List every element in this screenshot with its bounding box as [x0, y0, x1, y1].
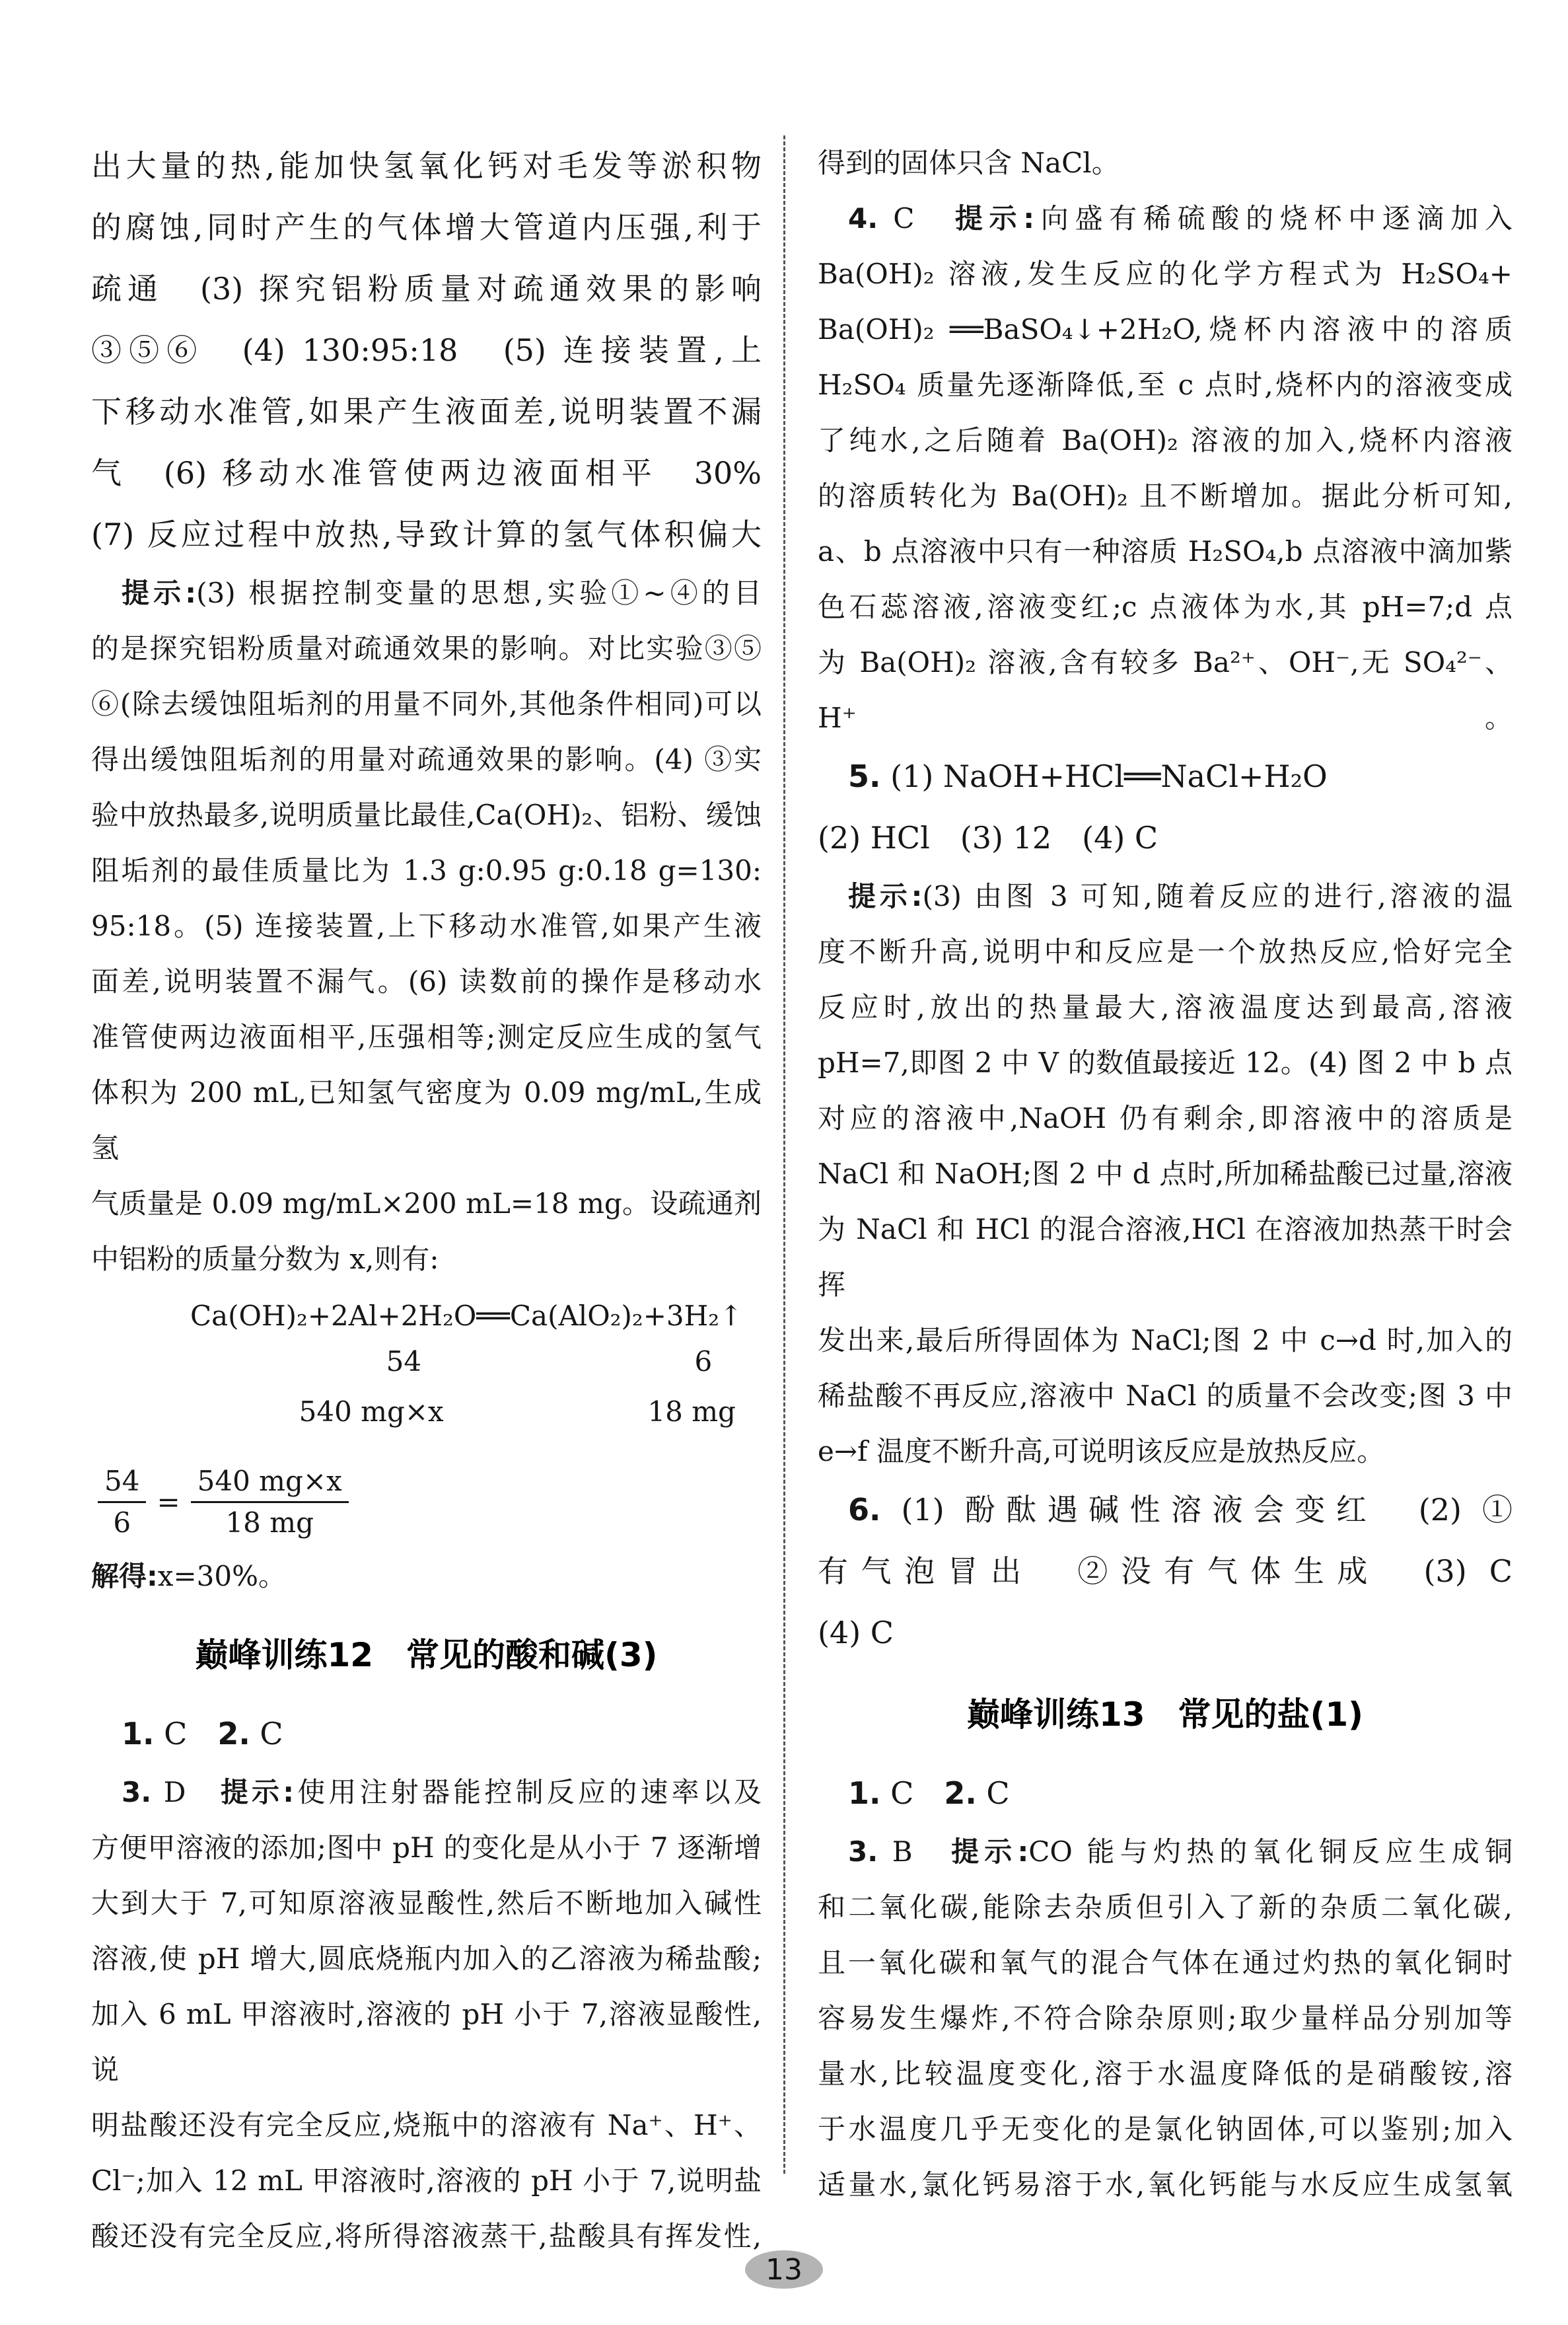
line-text: 的是探究铝粉质量对疏通效果的影响。对比实验③⑤ [91, 632, 762, 665]
line-text: 适量水,氯化钙易溶于水,氧化钙能与水反应生成氢氧 [818, 2168, 1513, 2201]
answer-number: 1. [122, 1716, 154, 1752]
hint-line: 提示:(3) 由图 3 可知,随着反应的进行,溶液的温 [818, 869, 1513, 924]
fraction-equation: 546 = 540 mg×x18 mg [98, 1465, 762, 1539]
line-text: 于水温度几乎无变化的是氯化钠固体,可以鉴别;加入 [818, 2113, 1513, 2145]
hint-line: 气质量是 0.09 mg/mL×200 mL=18 mg。设疏通剂 [91, 1176, 762, 1232]
line-text: 验中放热最多,说明质量比最佳,Ca(OH)₂、铝粉、缓蚀 [91, 799, 762, 831]
hint-line: 的溶质转化为 Ba(OH)₂ 且不断增加。据此分析可知, [818, 468, 1513, 524]
line-text: 溶液,使 pH 增大,圆底烧瓶内加入的乙溶液为稀盐酸; [91, 1942, 762, 1975]
hint-line: 为 NaCl 和 HCl 的混合溶液,HCl 在溶液加热蒸干时会挥 [818, 1202, 1513, 1313]
hint-line: 大到大于 7,可知原溶液显酸性,然后不断地加入碱性 [91, 1876, 762, 1931]
hint-line: 得到的固体只含 NaCl。 [818, 135, 1513, 191]
hint-line: e→f 温度不断升高,可说明该反应是放热反应。 [818, 1424, 1513, 1479]
line-text: 有气泡冒出 ②没有气体生成 (3) C [818, 1553, 1513, 1589]
line-text: 发出来,最后所得固体为 NaCl;图 2 中 c→d 时,加入的 [818, 1324, 1513, 1356]
hint-line: 中铝粉的质量分数为 x,则有: [91, 1232, 762, 1287]
line-text: (7) 反应过程中放热,导致计算的氢气体积偏大 [91, 517, 762, 552]
line-text: 加入 6 mL 甲溶液时,溶液的 pH 小于 7,溶液显酸性,说 [91, 1998, 762, 2086]
line-text: CO 能与灼热的氧化铜反应生成铜 [1028, 1835, 1513, 1868]
answer-line: 有气泡冒出 ②没有气体生成 (3) C [818, 1541, 1513, 1602]
line-text: 得到的固体只含 NaCl。 [818, 147, 1120, 179]
line-text: Ba(OH)₂ ══BaSO₄↓+2H₂O,烧杯内溶液中的溶质 [818, 313, 1513, 346]
equation-text: Ca(OH)₂+2Al+2H₂O══Ca(AlO₂)₂+3H₂↑ [190, 1300, 742, 1332]
hint-line: 了纯水,之后随着 Ba(OH)₂ 溶液的加入,烧杯内溶液 [818, 413, 1513, 468]
hint-line: 稀盐酸不再反应,溶液中 NaCl 的质量不会改变;图 3 中 [818, 1368, 1513, 1424]
hint-line: 酸还没有完全反应,将所得溶液蒸干,盐酸具有挥发性, [91, 2209, 762, 2264]
line-text: (3) 由图 3 可知,随着反应的进行,溶液的温 [922, 880, 1513, 912]
hint-line: ⑥(除去缓蚀阻垢剂的用量不同外,其他条件相同)可以 [91, 677, 762, 732]
fraction-denominator: 6 [113, 1503, 131, 1539]
text-line: 气 (6) 移动水准管使两边液面相平 30% [91, 443, 762, 504]
stoich-value: 18 mg [647, 1395, 736, 1428]
hint-line: 方便甲溶液的添加;图中 pH 的变化是从小于 7 逐渐增 [91, 1820, 762, 1876]
line-text: (2) HCl (3) 12 (4) C [818, 820, 1158, 856]
hint-label: 提示: [848, 880, 922, 912]
hint-line: 加入 6 mL 甲溶液时,溶液的 pH 小于 7,溶液显酸性,说 [91, 1987, 762, 2098]
hint-line: 对应的溶液中,NaOH 仍有剩余,即溶液中的溶质是 [818, 1091, 1513, 1146]
line-text: 向盛有稀硫酸的烧杯中逐滴加入 [1034, 202, 1513, 235]
line-text: H₂SO₄ 质量先逐渐降低,至 c 点时,烧杯内的溶液变成 [818, 369, 1513, 401]
answer-number: 1. [848, 1775, 880, 1811]
chemical-equation: Ca(OH)₂+2Al+2H₂O══Ca(AlO₂)₂+3H₂↑ [91, 1287, 762, 1345]
line-text: 准管使两边液面相平,压强相等;测定反应生成的氢气 [91, 1021, 762, 1053]
answer-line: (2) HCl (3) 12 (4) C [818, 807, 1513, 869]
hint-line: 溶液,使 pH 增大,圆底烧瓶内加入的乙溶液为稀盐酸; [91, 1931, 762, 1987]
answer-line: 6. (1) 酚酞遇碱性溶液会变红 (2) ① [818, 1479, 1513, 1541]
answer-number: 2. [944, 1775, 976, 1811]
hint-line: Ba(OH)₂ ══BaSO₄↓+2H₂O,烧杯内溶液中的溶质 [818, 302, 1513, 357]
hint-line: Cl⁻;加入 12 mL 甲溶液时,溶液的 pH 小于 7,说明盐 [91, 2153, 762, 2209]
hint-line: pH=7,即图 2 中 V 的数值最接近 12。(4) 图 2 中 b 点 [818, 1035, 1513, 1091]
page: { "page": { "number": "13" }, "left": { … [0, 0, 1568, 2325]
line-text: B [878, 1835, 951, 1868]
stoichiometry-row: 546 [91, 1345, 762, 1395]
hint-line: 适量水,氯化钙易溶于水,氧化钙能与水反应生成氢氧 [818, 2157, 1513, 2213]
right-column: 得到的固体只含 NaCl。 4. C 提示:向盛有稀硫酸的烧杯中逐滴加入 Ba(… [818, 135, 1513, 2213]
section-heading-12: 巅峰训练12 常见的酸和碱(3) [91, 1619, 762, 1691]
line-text: 酸还没有完全反应,将所得溶液蒸干,盐酸具有挥发性, [91, 2220, 762, 2252]
fraction: 540 mg×x18 mg [191, 1465, 349, 1539]
column-divider [783, 135, 785, 2174]
hint-line: H₂SO₄ 质量先逐渐降低,至 c 点时,烧杯内的溶液变成 [818, 357, 1513, 413]
line-text: 且一氧化碳和氧气的混合气体在通过灼热的氧化铜时 [818, 1946, 1513, 1979]
line-text: C [977, 1775, 1010, 1811]
line-text: 的溶质转化为 Ba(OH)₂ 且不断增加。据此分析可知, [818, 480, 1513, 512]
hint-line: 3. D 提示:使用注射器能控制反应的速率以及 [91, 1765, 762, 1820]
page-number-badge: 13 [745, 2250, 823, 2289]
line-text: C [250, 1716, 283, 1752]
line-text: 色石蕊溶液,溶液变红;c 点液体为水,其 pH=7;d 点 [818, 591, 1513, 623]
answer-line: 5. (1) NaOH+HCl══NaCl+H₂O [818, 746, 1513, 807]
line-text: C [154, 1716, 217, 1752]
line-text: ③⑤⑥ (4) 130:95:18 (5) 连接装置,上 [91, 332, 762, 368]
line-text: D [151, 1776, 221, 1808]
line-text: 气 (6) 移动水准管使两边液面相平 30% [91, 455, 762, 491]
left-column: 出大量的热,能加快氢氧化钙对毛发等淤积物 的腐蚀,同时产生的气体增大管道内压强,… [91, 135, 762, 2264]
line-text: (1) 酚酞遇碱性溶液会变红 (2) ① [880, 1492, 1513, 1528]
hint-line: NaCl 和 NaOH;图 2 中 d 点时,所加稀盐酸已过量,溶液 [818, 1146, 1513, 1202]
hint-line: 体积为 200 mL,已知氢气密度为 0.09 mg/mL,生成氢 [91, 1065, 762, 1176]
hint-line: 的是探究铝粉质量对疏通效果的影响。对比实验③⑤ [91, 621, 762, 677]
hint-line: 色石蕊溶液,溶液变红;c 点液体为水,其 pH=7;d 点 [818, 579, 1513, 635]
text-line: 疏通 (3) 探究铝粉质量对疏通效果的影响 [91, 258, 762, 320]
answer-number: 2. [217, 1716, 250, 1752]
stoich-value: 54 [386, 1345, 421, 1378]
section-heading-13: 巅峰训练13 常见的盐(1) [818, 1678, 1513, 1751]
line-text: 面差,说明装置不漏气。(6) 读数前的操作是移动水 [91, 965, 762, 998]
line-text: NaCl 和 NaOH;图 2 中 d 点时,所加稀盐酸已过量,溶液 [818, 1158, 1513, 1190]
answer-line: 1. C 2. C [91, 1703, 762, 1765]
hint-line: 量水,比较温度变化,溶于水温度降低的是硝酸铵,溶 [818, 2046, 1513, 2102]
line-text: (1) NaOH+HCl══NaCl+H₂O [880, 758, 1327, 794]
hint-line: 和二氧化碳,能除去杂质但引入了新的杂质二氧化碳, [818, 1880, 1513, 1935]
solve-line: 解得:x=30%。 [91, 1549, 762, 1604]
text-line: 的腐蚀,同时产生的气体增大管道内压强,利于 [91, 197, 762, 258]
line-text: 的腐蚀,同时产生的气体增大管道内压强,利于 [91, 209, 762, 245]
hint-line: 3. B 提示:CO 能与灼热的氧化铜反应生成铜 [818, 1824, 1513, 1880]
line-text: 疏通 (3) 探究铝粉质量对疏通效果的影响 [91, 271, 762, 307]
line-text: 为 NaCl 和 HCl 的混合溶液,HCl 在溶液加热蒸干时会挥 [818, 1213, 1513, 1301]
hint-line: 阻垢剂的最佳质量比为 1.3 g:0.95 g:0.18 g=130: [91, 843, 762, 899]
hint-line: 反应时,放出的热量最大,溶液温度达到最高,溶液 [818, 980, 1513, 1035]
line-text: x=30%。 [158, 1560, 286, 1592]
fraction: 546 [98, 1465, 146, 1539]
hint-line: 95:18。(5) 连接装置,上下移动水准管,如果产生液 [91, 899, 762, 954]
line-text: e→f 温度不断升高,可说明该反应是放热反应。 [818, 1435, 1384, 1467]
answer-number: 4. [848, 202, 878, 235]
hint-line: 于水温度几乎无变化的是氯化钠固体,可以鉴别;加入 [818, 2102, 1513, 2157]
hint-line: 且一氧化碳和氧气的混合气体在通过灼热的氧化铜时 [818, 1935, 1513, 1991]
hint-line: 发出来,最后所得固体为 NaCl;图 2 中 c→d 时,加入的 [818, 1313, 1513, 1368]
answer-number: 3. [122, 1776, 151, 1808]
answer-number: 3. [848, 1835, 878, 1868]
stoich-value: 540 mg×x [299, 1395, 444, 1428]
line-text: 明盐酸还没有完全反应,烧瓶中的溶液有 Na⁺、H⁺、 [91, 2109, 762, 2141]
hint-label: 提示: [122, 577, 196, 609]
line-text: 出大量的热,能加快氢氧化钙对毛发等淤积物 [91, 148, 762, 184]
solve-label: 解得: [91, 1560, 158, 1592]
page-number: 13 [766, 2253, 802, 2287]
fraction-denominator: 18 mg [225, 1503, 314, 1539]
line-text: 对应的溶液中,NaOH 仍有剩余,即溶液中的溶质是 [818, 1102, 1513, 1134]
line-text: C [878, 202, 955, 235]
line-text: (3) 根据控制变量的思想,实验①~④的目 [196, 577, 762, 609]
line-text: 95:18。(5) 连接装置,上下移动水准管,如果产生液 [91, 910, 762, 942]
line-text: pH=7,即图 2 中 V 的数值最接近 12。(4) 图 2 中 b 点 [818, 1047, 1513, 1079]
line-text: (4) C [818, 1615, 894, 1650]
hint-line: 提示:(3) 根据控制变量的思想,实验①~④的目 [91, 566, 762, 621]
line-text: 中铝粉的质量分数为 x,则有: [91, 1243, 439, 1275]
hint-label: 提示: [221, 1776, 294, 1808]
hint-line: Ba(OH)₂ 溶液,发生反应的化学方程式为 H₂SO₄+ [818, 246, 1513, 302]
fraction-numerator: 540 mg×x [191, 1465, 349, 1503]
stoichiometry-row: 540 mg×x18 mg [91, 1395, 762, 1446]
hint-line: 准管使两边液面相平,压强相等;测定反应生成的氢气 [91, 1010, 762, 1065]
line-text: a、b 点溶液中只有一种溶质 H₂SO₄,b 点溶液中滴加紫 [818, 535, 1513, 568]
line-text: 气质量是 0.09 mg/mL×200 mL=18 mg。设疏通剂 [91, 1187, 762, 1220]
line-text: Cl⁻;加入 12 mL 甲溶液时,溶液的 pH 小于 7,说明盐 [91, 2164, 762, 2197]
line-text: 度不断升高,说明中和反应是一个放热反应,恰好完全 [818, 936, 1513, 968]
line-text: Ba(OH)₂ 溶液,发生反应的化学方程式为 H₂SO₄+ [818, 258, 1513, 290]
line-text: 反应时,放出的热量最大,溶液温度达到最高,溶液 [818, 991, 1513, 1023]
hint-line: 度不断升高,说明中和反应是一个放热反应,恰好完全 [818, 924, 1513, 980]
answer-line: (4) C [818, 1602, 1513, 1664]
line-text: C [880, 1775, 944, 1811]
fraction-numerator: 54 [98, 1465, 146, 1503]
line-text: 大到大于 7,可知原溶液显酸性,然后不断地加入碱性 [91, 1887, 762, 1919]
hint-label: 提示: [951, 1835, 1028, 1868]
text-line: (7) 反应过程中放热,导致计算的氢气体积偏大 [91, 504, 762, 566]
line-text: 下移动水准管,如果产生液面差,说明装置不漏 [91, 394, 762, 429]
line-text: 容易发生爆炸,不符合除杂原则;取少量样品分别加等 [818, 2002, 1513, 2034]
line-text: ⑥(除去缓蚀阻垢剂的用量不同外,其他条件相同)可以 [91, 688, 762, 720]
hint-line: 验中放热最多,说明质量比最佳,Ca(OH)₂、铝粉、缓蚀 [91, 788, 762, 843]
text-line: 出大量的热,能加快氢氧化钙对毛发等淤积物 [91, 135, 762, 197]
line-text: 量水,比较温度变化,溶于水温度降低的是硝酸铵,溶 [818, 2057, 1513, 2090]
hint-label: 提示: [955, 202, 1034, 235]
stoich-value: 6 [695, 1345, 713, 1378]
text-line: ③⑤⑥ (4) 130:95:18 (5) 连接装置,上 [91, 320, 762, 381]
line-text: 了纯水,之后随着 Ba(OH)₂ 溶液的加入,烧杯内溶液 [818, 424, 1513, 457]
hint-line: 容易发生爆炸,不符合除杂原则;取少量样品分别加等 [818, 1991, 1513, 2046]
line-text: 稀盐酸不再反应,溶液中 NaCl 的质量不会改变;图 3 中 [818, 1380, 1513, 1412]
hint-line: a、b 点溶液中只有一种溶质 H₂SO₄,b 点溶液中滴加紫 [818, 524, 1513, 579]
line-text: 方便甲溶液的添加;图中 pH 的变化是从小于 7 逐渐增 [91, 1831, 762, 1864]
line-text: 阻垢剂的最佳质量比为 1.3 g:0.95 g:0.18 g=130: [91, 854, 762, 887]
hint-line: 得出缓蚀阻垢剂的用量对疏通效果的影响。(4) ③实 [91, 732, 762, 788]
equals-sign: = [157, 1487, 180, 1518]
hint-line: 4. C 提示:向盛有稀硫酸的烧杯中逐滴加入 [818, 191, 1513, 246]
line-text: 和二氧化碳,能除去杂质但引入了新的杂质二氧化碳, [818, 1891, 1513, 1923]
line-text: 为 Ba(OH)₂ 溶液,含有较多 Ba²⁺、OH⁻,无 SO₄²⁻、H⁺。 [818, 646, 1513, 734]
line-text: 得出缓蚀阻垢剂的用量对疏通效果的影响。(4) ③实 [91, 743, 762, 776]
answer-line: 1. C 2. C [818, 1763, 1513, 1824]
hint-line: 为 Ba(OH)₂ 溶液,含有较多 Ba²⁺、OH⁻,无 SO₄²⁻、H⁺。 [818, 635, 1513, 746]
line-text: 体积为 200 mL,已知氢气密度为 0.09 mg/mL,生成氢 [91, 1076, 762, 1164]
hint-line: 明盐酸还没有完全反应,烧瓶中的溶液有 Na⁺、H⁺、 [91, 2098, 762, 2153]
hint-line: 面差,说明装置不漏气。(6) 读数前的操作是移动水 [91, 954, 762, 1010]
answer-number: 5. [848, 758, 880, 794]
line-text: 使用注射器能控制反应的速率以及 [294, 1776, 762, 1808]
text-line: 下移动水准管,如果产生液面差,说明装置不漏 [91, 381, 762, 443]
answer-number: 6. [848, 1492, 880, 1528]
